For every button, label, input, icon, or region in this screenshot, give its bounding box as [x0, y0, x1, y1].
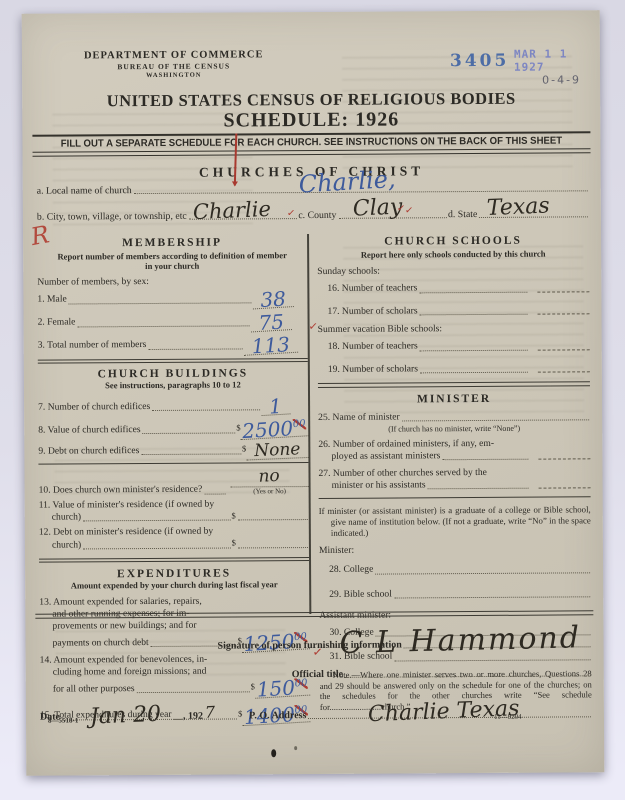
q10-row: 10. Does church own minister's residence… [38, 471, 308, 497]
q19-label: 19. Number of scholars [328, 363, 418, 376]
q29-row: 29. Bible school [319, 587, 591, 601]
q26-last-line: ployed as assistant ministers [318, 449, 590, 463]
dotted-leader: Texas [479, 216, 588, 218]
q28-label: 28. College [329, 564, 373, 577]
red-checkmark: ✓ [404, 205, 413, 217]
q27-answer-blank [539, 487, 591, 488]
schools-subtitle: Report here only schools conducted by th… [317, 248, 589, 260]
local-name-label: a. Local name of church [37, 185, 132, 197]
dotted-leader: C L Hammond [404, 646, 591, 648]
section-rule [318, 381, 590, 387]
q2-answer: 75 [250, 313, 292, 332]
pencil-code: 0-4-9 [542, 73, 581, 86]
dotted-leader [442, 459, 528, 461]
dotted-leader [152, 410, 260, 412]
date-value: Jan 20 [89, 702, 161, 730]
q16-answer-blank [537, 291, 589, 292]
po-address-label: P. O. Address [249, 710, 306, 721]
q11-dollar-sign: $ [231, 510, 235, 521]
q12-dollar-sign: $ [232, 538, 236, 549]
dotted-leader [420, 314, 528, 316]
ink-blot [294, 746, 297, 750]
expenditures-subtitle: Amount expended by your church during la… [39, 579, 309, 591]
dotted-leader [69, 302, 251, 304]
year-digit: 7 [205, 702, 216, 721]
county-label: c. County [298, 210, 336, 221]
q14-answer: 15000 [254, 678, 310, 698]
q8-answer: 250000 [240, 420, 309, 441]
dotted-leader: Charlie ✓ [189, 218, 298, 220]
dotted-leader [428, 488, 529, 490]
red-checkmark: ✓ [308, 320, 318, 334]
received-date-stamp: MAR 1 1 1927 [514, 47, 600, 74]
q28-row: 28. College [319, 562, 591, 576]
dotted-leader [420, 372, 528, 374]
form-number: 8—5518-1 [48, 716, 78, 724]
q19-row: 19. Number of scholars [318, 362, 590, 376]
q12-label-line2: church) [52, 539, 81, 551]
q10-label: 10. Does church own minister's residence… [39, 484, 203, 497]
dotted-leader [141, 453, 241, 455]
q18-label: 18. Number of teachers [328, 341, 418, 354]
state-value: Texas [487, 193, 551, 221]
q9-answer: None [246, 443, 309, 460]
dotted-leader [345, 675, 591, 678]
q17-answer-blank [538, 314, 590, 315]
q1-row: 1. Male 38 [37, 288, 307, 307]
q17-label: 17. Number of scholars [327, 305, 417, 318]
dotted-leader [77, 325, 249, 327]
printed-year-prefix: , 192 [183, 711, 203, 722]
city-county-state-row: b. City, town, village, or township, etc… [37, 208, 589, 222]
q7-row: 7. Number of church edifices 1 [38, 395, 308, 414]
q26-answer-blank [538, 458, 590, 459]
q1-answer: 38 [252, 290, 294, 309]
q19-answer-blank [538, 371, 590, 372]
q25-note: (If church has no minister, write “None”… [318, 423, 590, 434]
membership-title: MEMBERSHIP [37, 236, 307, 250]
dotted-leader: Charlie, [134, 190, 588, 194]
county-value: Clay [352, 195, 402, 222]
dotted-leader [394, 596, 590, 598]
po-address-value: Charlie Texas [368, 696, 520, 727]
local-name-value: Charlie, [298, 165, 396, 199]
q12-answer-blank [238, 547, 308, 548]
red-checkmark: ✓ [286, 208, 295, 220]
sunday-schools-subhead: Sunday schools: [317, 265, 589, 278]
q8-cents: 00 [293, 419, 306, 431]
section-rule [38, 462, 308, 465]
section-rule [38, 358, 308, 364]
summer-schools-label: Summer vacation Bible schools: [318, 323, 443, 335]
minister-title: MINISTER [318, 392, 590, 406]
dotted-leader [402, 419, 589, 421]
membership-intro: Number of members, by sex: [37, 275, 307, 288]
q14-label-line3: for all other purposes [53, 683, 135, 695]
official-title-label: Official title [292, 669, 343, 680]
buildings-subtitle: See instructions, paragraphs 10 to 12 [38, 379, 308, 391]
dotted-leader [394, 659, 590, 661]
dotted-leader [419, 291, 527, 293]
minister-subhead: Minister: [319, 543, 591, 556]
dotted-leader [137, 691, 250, 693]
signature-row: Signature of person furnishing informati… [40, 638, 592, 652]
graduate-instruction: If minister (or assistant minister) is a… [319, 504, 591, 539]
dotted-leader: Clay ✓ ✓ [338, 217, 447, 219]
letterhead: DEPARTMENT OF COMMERCE BUREAU OF THE CEN… [84, 48, 264, 80]
q11-answer-blank [238, 519, 308, 520]
q9-label: 9. Debt on church edifices [38, 445, 139, 458]
q3-answer: 113 [243, 335, 298, 355]
q9-row: 9. Debt on church edifices $ None [38, 441, 308, 457]
q16-label: 16. Number of teachers [327, 283, 417, 296]
q3-label: 3. Total number of members [38, 339, 147, 352]
summer-schools-subhead: ✓ Summer vacation Bible schools: [318, 323, 590, 336]
q11-label-line2: church) [52, 512, 81, 524]
dotted-leader: Jan 20 [62, 719, 182, 721]
city-value: Charlie [192, 197, 271, 224]
dotted-leader [83, 520, 230, 522]
state-label: d. State [448, 209, 477, 220]
ink-blot [271, 749, 276, 757]
q1-label: 1. Male [37, 294, 66, 307]
q25-row: 25. Name of minister [318, 410, 590, 424]
section-rule [319, 496, 591, 499]
q27-label-line2: minister or his assistants [332, 479, 426, 492]
city-label: b. City, town, village, or township, etc [37, 211, 187, 223]
q10-yes-or-no-note: (Yes or No) [231, 487, 309, 497]
dotted-leader [204, 493, 225, 494]
q18-row: 18. Number of teachers [318, 340, 590, 354]
office-name: WASHINGTON [84, 71, 264, 80]
signature-value: C L Hammond [339, 620, 581, 661]
q10-answer-block: no (Yes or No) [230, 471, 308, 496]
schedule-year: SCHEDULE: 1926 [22, 107, 600, 134]
q3-row: 3. Total number of members 113 [38, 334, 308, 353]
dotted-leader: Charlie Texas [308, 716, 591, 719]
department-name: DEPARTMENT OF COMMERCE [84, 48, 264, 62]
dotted-leader [420, 349, 528, 351]
q8-row: 8. Value of church edifices $ 250000 [38, 418, 308, 437]
dotted-leader [143, 433, 236, 435]
q16-row: 16. Number of teachers [317, 282, 589, 296]
q17-row: 17. Number of scholars [317, 304, 589, 318]
membership-subtitle: Report number of members according to de… [57, 250, 287, 272]
q8-label: 8. Value of church edifices [38, 424, 140, 437]
dotted-leader [83, 547, 230, 549]
q11-last-line: church) $ [39, 510, 309, 524]
q10-answer: no [259, 471, 281, 484]
instruction-banner: FILL OUT A SEPARATE SCHEDULE FOR EACH CH… [32, 131, 590, 156]
q7-answer: 1 [261, 398, 291, 417]
q27-last-line: minister or his assistants [319, 478, 591, 492]
q29-label: 29. Bible school [329, 588, 392, 601]
q26-label-line2: ployed as assistant ministers [331, 450, 440, 463]
section-rule [39, 557, 309, 563]
q12-last-line: church) $ [39, 537, 309, 551]
q25-label: 25. Name of minister [318, 411, 400, 424]
serial-number-stamp: 3405 [450, 51, 509, 71]
print-code: 11—9204 [494, 713, 522, 721]
schools-title: CHURCH SCHOOLS [317, 234, 589, 248]
q2-row: 2. Female 75 [38, 311, 308, 330]
q2-label: 2. Female [38, 317, 76, 330]
census-schedule-document: DEPARTMENT OF COMMERCE BUREAU OF THE CEN… [22, 10, 605, 776]
q7-label: 7. Number of church edifices [38, 401, 150, 414]
q18-answer-blank [538, 349, 590, 350]
dotted-leader [375, 572, 590, 574]
dotted-leader [148, 348, 242, 350]
